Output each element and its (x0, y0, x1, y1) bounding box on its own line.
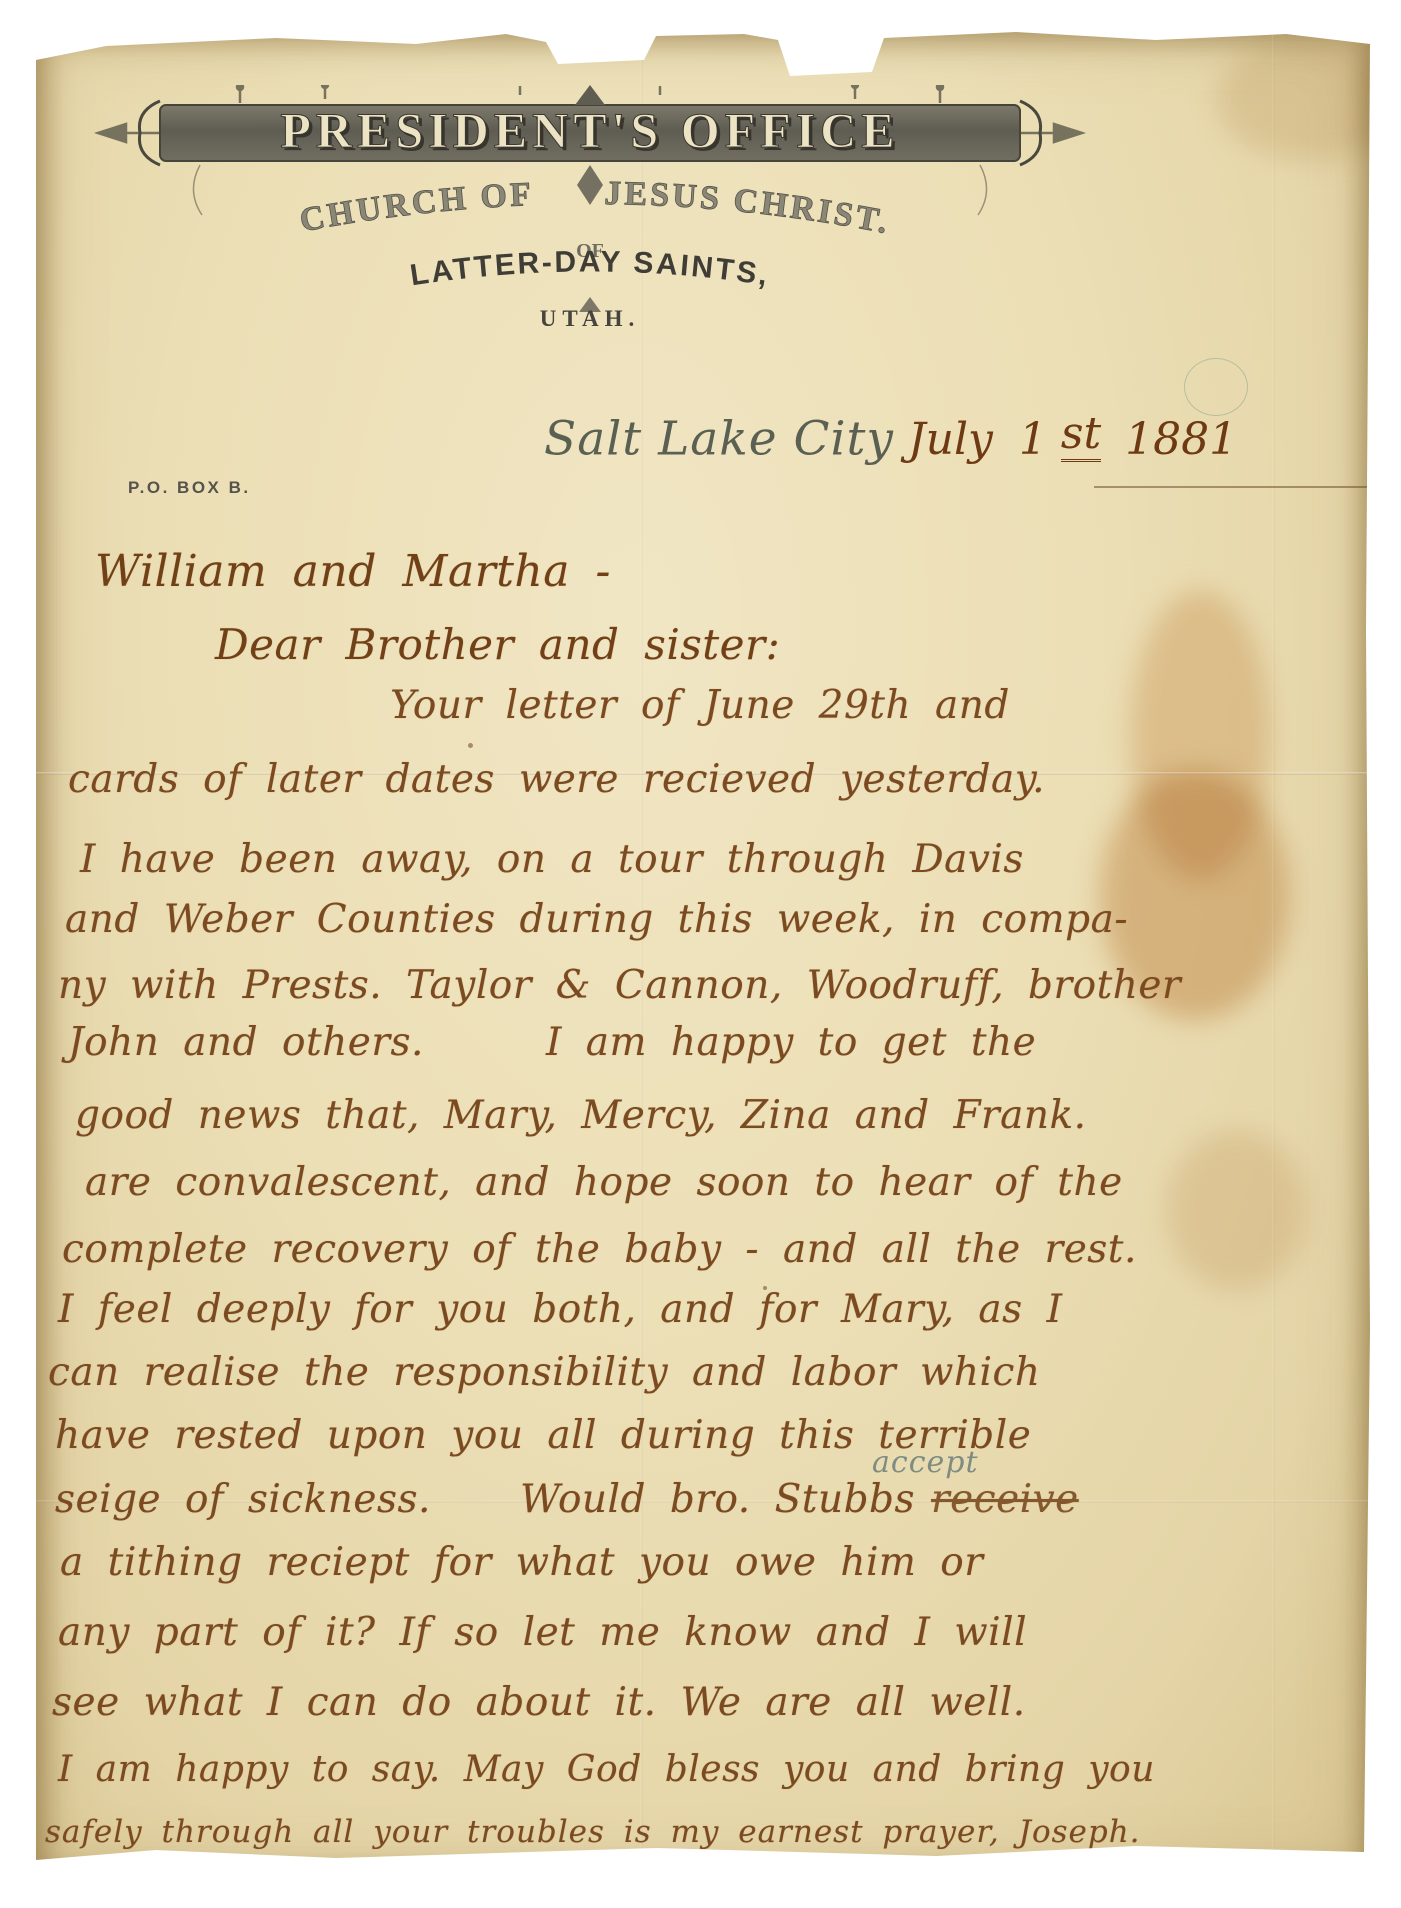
line-15-first-phrase: seige of sickness. (55, 1477, 431, 1522)
jesus-christ-text: JESUS CHRIST. (604, 175, 894, 242)
printed-date-rule (1094, 486, 1394, 488)
handwritten-line-19: I am happy to say. May God bless you and… (58, 1749, 1155, 1790)
printed-place-script: Salt Lake City (544, 411, 894, 466)
handwritten-ordinal: st (1061, 408, 1101, 462)
handwritten-line-12: I feel deeply for you both, and for Mary… (58, 1287, 1063, 1332)
handwritten-line-5: I have been away, on a tour through Davi… (80, 837, 1024, 882)
handwritten-line-7: ny with Prests. Taylor & Cannon, Woodruf… (58, 963, 1181, 1008)
handwritten-line-17: any part of it? If so let me know and I … (58, 1610, 1027, 1655)
stubbs-phrase: Would bro. Stubbs (520, 1477, 915, 1522)
ink-speck (468, 743, 473, 748)
banner-bottom-ornament (577, 165, 603, 205)
handwritten-line-13: can realise the responsibility and labor… (48, 1350, 1040, 1395)
handwritten-line-4: cards of later dates were recieved yeste… (68, 757, 1045, 802)
handwritten-year: 1881 (1125, 414, 1237, 465)
handwritten-day: 1 (1019, 414, 1047, 465)
aged-paper-sheet: PRESIDENT'S OFFICE PRESIDENT'S OFFICE CH… (36, 30, 1370, 1880)
struck-out-word: receive (931, 1477, 1079, 1522)
scanned-letter-page: PRESIDENT'S OFFICE PRESIDENT'S OFFICE CH… (0, 0, 1401, 1908)
svg-text:JESUS CHRIST.: JESUS CHRIST. (604, 175, 894, 242)
handwritten-line-8: John and others. I am happy to get the (68, 1020, 424, 1065)
handwritten-line-15: seige of sickness. Would bro. Stubbsrece… (55, 1477, 431, 1522)
handwritten-line-1: William and Martha - (95, 546, 611, 597)
utah-text: UTAH. (540, 306, 641, 331)
handwritten-line-10: are convalescent, and hope soon to hear … (85, 1160, 1123, 1205)
paper-stain (1166, 1130, 1306, 1290)
svg-text:CHURCH OF: CHURCH OF (297, 176, 535, 240)
line-8-second-phrase: I am happy to get the (546, 1020, 1036, 1065)
handwritten-line-18: see what I can do about it. We are all w… (52, 1680, 1026, 1725)
svg-text:LATTER-DAY SAINTS,: LATTER-DAY SAINTS, (408, 245, 772, 292)
pencil-annotation: accept (872, 1445, 979, 1480)
letterhead-engraving: PRESIDENT'S OFFICE PRESIDENT'S OFFICE CH… (90, 85, 1090, 345)
letterhead-title: PRESIDENT'S OFFICE (280, 102, 899, 158)
handwritten-month: July (908, 414, 993, 465)
handwritten-line-3: Your letter of June 29th and (390, 683, 1010, 728)
line-8-first-phrase: John and others. (68, 1020, 424, 1065)
handwritten-line-20: safely through all your troubles is my e… (45, 1814, 1141, 1850)
handwritten-line-9: good news that, Mary, Mercy, Zina and Fr… (75, 1093, 1087, 1138)
handwritten-line-6: and Weber Counties during this week, in … (65, 897, 1128, 942)
latter-day-saints-text: LATTER-DAY SAINTS, (408, 245, 772, 292)
paper-stain (1216, 40, 1401, 160)
line-15-second-phrase: Would bro. Stubbsreceive accept (520, 1477, 1079, 1522)
po-box-label: P.O. BOX B. (128, 478, 251, 498)
church-of-text: CHURCH OF (297, 176, 535, 240)
handwritten-line-16: a tithing reciept for what you owe him o… (60, 1540, 983, 1585)
handwritten-line-2: Dear Brother and sister: (215, 620, 780, 669)
handwritten-line-11: complete recovery of the baby - and all … (62, 1227, 1137, 1272)
date-line: Salt Lake CityJuly1st1881 (544, 408, 1237, 466)
fold-crease (1272, 30, 1275, 1880)
